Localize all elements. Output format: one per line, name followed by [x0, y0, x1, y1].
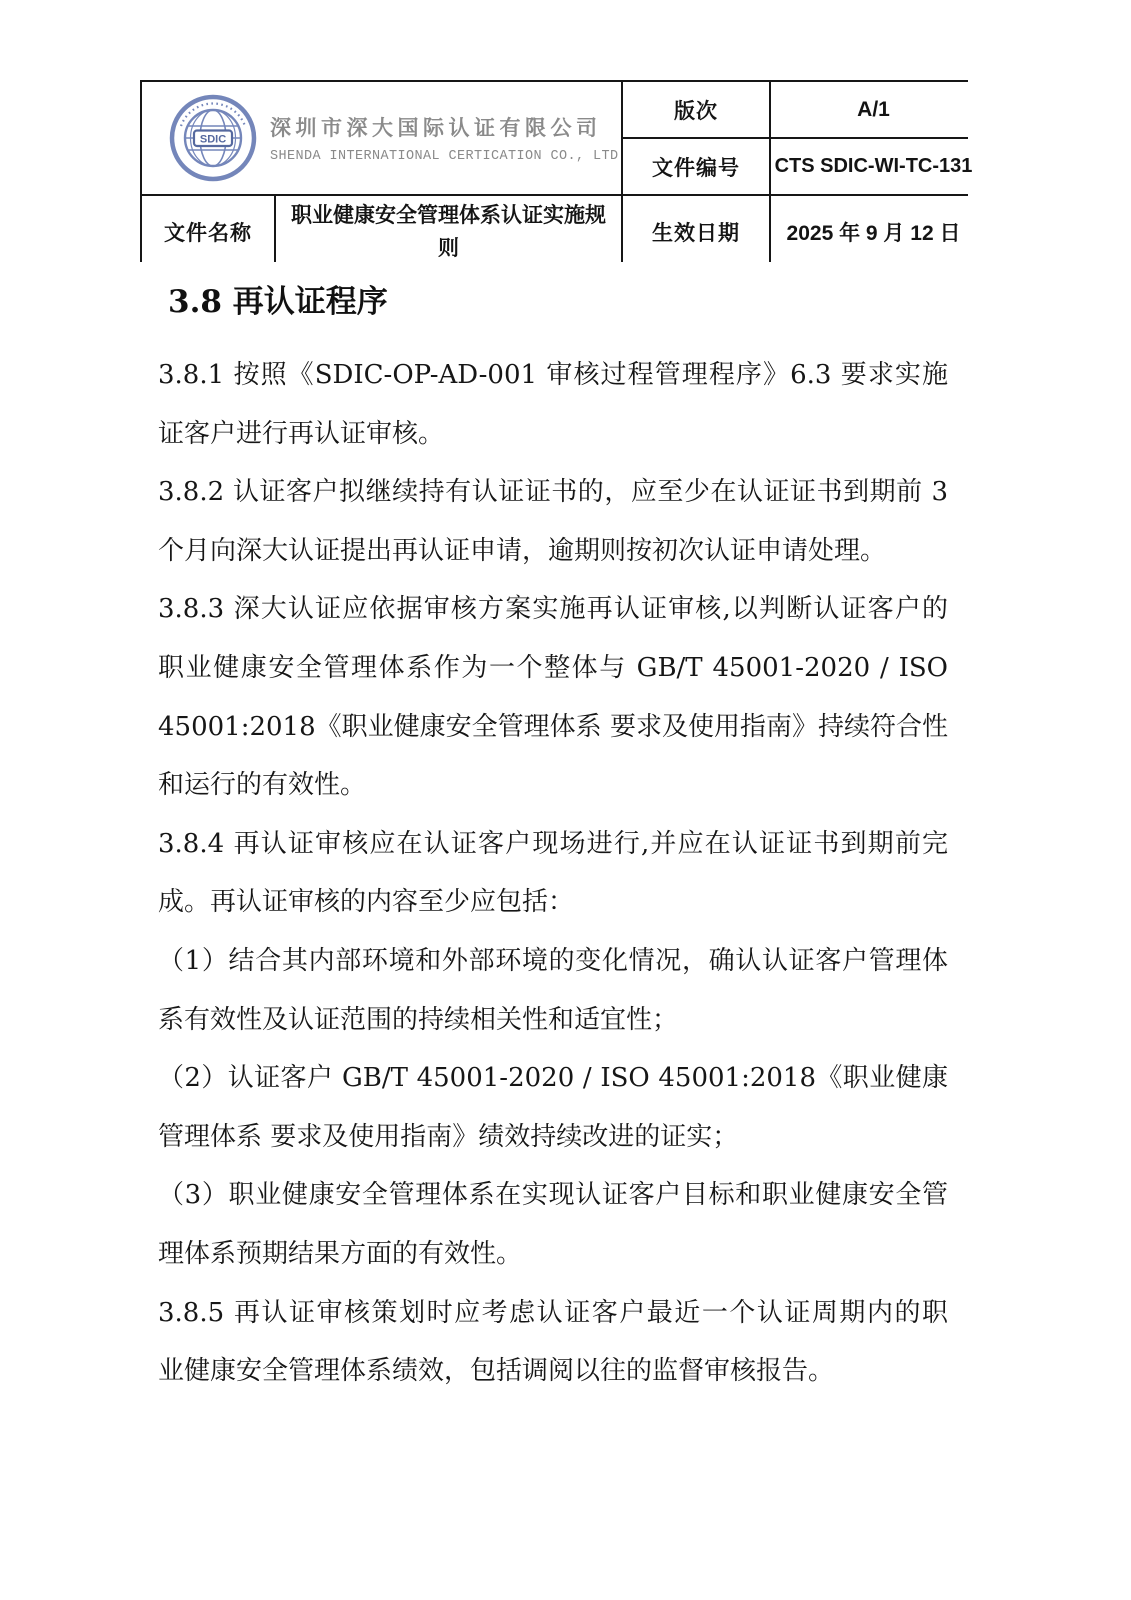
body-line: （1）结合其内部环境和外部环境的变化情况，确认认证客户管理体 — [158, 932, 948, 991]
body-line: 3.8.4 再认证审核应在认证客户现场进行,并应在认证证书到期前完 — [158, 815, 948, 874]
body-line: 证客户进行再认证审核。 — [158, 405, 948, 464]
company-logo: SDIC 深圳市深大国际认证有限公司 SHENDA INTERNATIONAL … — [168, 93, 619, 183]
document-header-table: SDIC 深圳市深大国际认证有限公司 SHENDA INTERNATIONAL … — [140, 80, 968, 262]
body-line: 职业健康安全管理体系作为一个整体与 GB/T 45001-2020 / ISO — [158, 639, 948, 698]
version-value: A/1 — [771, 82, 976, 137]
section-heading: 3.8 再认证程序 — [168, 276, 388, 321]
body-line: （3）职业健康安全管理体系在实现认证客户目标和职业健康安全管 — [158, 1166, 948, 1225]
doc-number-label: 文件编号 — [623, 139, 769, 194]
doc-name-value: 职业健康安全管理体系认证实施规则 — [276, 196, 621, 268]
body-line: 3.8.5 再认证审核策划时应考虑认证客户最近一个认证周期内的职 — [158, 1284, 948, 1343]
body-line: 45001:2018《职业健康安全管理体系 要求及使用指南》持续符合性 — [158, 698, 948, 757]
body-line: 3.8.2 认证客户拟继续持有认证证书的，应至少在认证证书到期前 3 — [158, 463, 948, 522]
company-name-cn: 深圳市深大国际认证有限公司 — [270, 112, 619, 142]
emblem-sdic-text: SDIC — [200, 134, 226, 146]
version-label: 版次 — [623, 82, 769, 137]
body-line: 管理体系 要求及使用指南》绩效持续改进的证实； — [158, 1108, 948, 1167]
effective-date-label: 生效日期 — [623, 196, 769, 268]
effective-date-value: 2025 年 9 月 12 日 — [771, 196, 976, 268]
body-line: 个月向深大认证提出再认证申请，逾期则按初次认证申请处理。 — [158, 522, 948, 581]
doc-number-value: CTS SDIC-WI-TC-131 — [771, 139, 976, 194]
body-line: 业健康安全管理体系绩效，包括调阅以往的监督审核报告。 — [158, 1342, 948, 1401]
sdic-globe-emblem-icon: SDIC — [168, 93, 258, 183]
doc-name-label: 文件名称 — [142, 196, 274, 268]
body-line: 3.8.1 按照《SDIC-OP-AD-001 审核过程管理程序》6.3 要求实… — [158, 346, 948, 405]
body-line: 成。再认证审核的内容至少应包括： — [158, 873, 948, 932]
body-line: （2）认证客户 GB/T 45001-2020 / ISO 45001:2018… — [158, 1049, 948, 1108]
body-line: 和运行的有效性。 — [158, 756, 948, 815]
body-line: 3.8.3 深大认证应依据审核方案实施再认证审核,以判断认证客户的 — [158, 580, 948, 639]
body-line: 系有效性及认证范围的持续相关性和适宜性； — [158, 991, 948, 1050]
document-body: 3.8.1 按照《SDIC-OP-AD-001 审核过程管理程序》6.3 要求实… — [158, 346, 948, 1401]
company-name-en: SHENDA INTERNATIONAL CERTICATION CO., LT… — [270, 149, 619, 164]
company-logo-cell: SDIC 深圳市深大国际认证有限公司 SHENDA INTERNATIONAL … — [142, 82, 621, 194]
body-line: 理体系预期结果方面的有效性。 — [158, 1225, 948, 1284]
